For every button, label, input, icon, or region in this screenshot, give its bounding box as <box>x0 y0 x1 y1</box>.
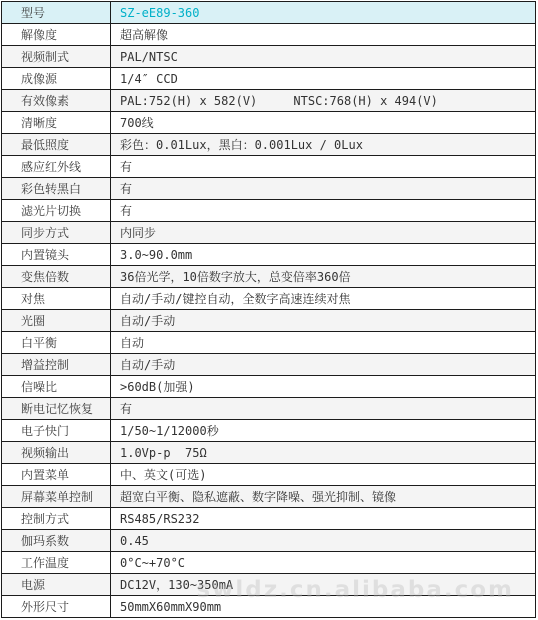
spec-label: 成像源 <box>2 68 111 89</box>
table-row: 白平衡自动 <box>2 332 535 354</box>
spec-value: 700线 <box>111 112 535 133</box>
spec-value: PAL/NTSC <box>111 46 535 67</box>
spec-label: 内置镜头 <box>2 244 111 265</box>
spec-value: 彩色：0.01Lux，黑白：0.001Lux / 0Lux <box>111 134 535 155</box>
table-row: 解像度超高解像 <box>2 24 535 46</box>
spec-label: 工作温度 <box>2 552 111 573</box>
spec-label: 有效像素 <box>2 90 111 111</box>
spec-value: 1/50~1/12000秒 <box>111 420 535 441</box>
table-row: 外形尺寸50mmX60mmX90mm <box>2 596 535 617</box>
spec-value: 有 <box>111 156 535 177</box>
spec-value: 3.0~90.0mm <box>111 244 535 265</box>
table-row: 视频制式PAL/NTSC <box>2 46 535 68</box>
table-row: 彩色转黑白有 <box>2 178 535 200</box>
table-row: 屏幕菜单控制超宽白平衡、隐私遮蔽、数字降噪、强光抑制、镜像 <box>2 486 535 508</box>
table-row: 变焦倍数36倍光学，10倍数字放大，总变倍率360倍 <box>2 266 535 288</box>
spec-value: 超高解像 <box>111 24 535 45</box>
spec-label: 同步方式 <box>2 222 111 243</box>
spec-value: 36倍光学，10倍数字放大，总变倍率360倍 <box>111 266 535 287</box>
table-row: 视频输出1.0Vp-p 75Ω <box>2 442 535 464</box>
table-row: 对焦自动/手动/键控自动，全数字高速连续对焦 <box>2 288 535 310</box>
spec-value: 1.0Vp-p 75Ω <box>111 442 535 463</box>
spec-label: 控制方式 <box>2 508 111 529</box>
spec-value: PAL:752(H) x 582(V) NTSC:768(H) x 494(V) <box>111 90 535 111</box>
spec-label: 电源 <box>2 574 111 595</box>
spec-value: 有 <box>111 398 535 419</box>
table-row: 成像源1/4″ CCD <box>2 68 535 90</box>
table-row: 最低照度彩色：0.01Lux，黑白：0.001Lux / 0Lux <box>2 134 535 156</box>
spec-label: 型号 <box>2 2 111 23</box>
spec-label: 视频输出 <box>2 442 111 463</box>
spec-value: 自动/手动 <box>111 354 535 375</box>
spec-label: 变焦倍数 <box>2 266 111 287</box>
spec-label: 感应红外线 <box>2 156 111 177</box>
spec-label: 外形尺寸 <box>2 596 111 617</box>
spec-label: 信噪比 <box>2 376 111 397</box>
spec-label: 滤光片切换 <box>2 200 111 221</box>
spec-value: RS485/RS232 <box>111 508 535 529</box>
page: 型号SZ-eE89-360解像度超高解像视频制式PAL/NTSC成像源1/4″ … <box>0 0 538 620</box>
spec-value: 0°C~+70°C <box>111 552 535 573</box>
spec-value: 自动/手动 <box>111 310 535 331</box>
table-row: 有效像素PAL:752(H) x 582(V) NTSC:768(H) x 49… <box>2 90 535 112</box>
table-row: 增益控制自动/手动 <box>2 354 535 376</box>
table-row: 工作温度0°C~+70°C <box>2 552 535 574</box>
spec-label: 增益控制 <box>2 354 111 375</box>
table-row: 型号SZ-eE89-360 <box>2 2 535 24</box>
table-row: 内置镜头3.0~90.0mm <box>2 244 535 266</box>
spec-value: >60dB(加强) <box>111 376 535 397</box>
spec-value: SZ-eE89-360 <box>111 2 535 23</box>
spec-value: 内同步 <box>111 222 535 243</box>
table-row: 电源DC12V，130~350mA <box>2 574 535 596</box>
spec-label: 光圈 <box>2 310 111 331</box>
spec-value: 自动/手动/键控自动，全数字高速连续对焦 <box>111 288 535 309</box>
table-row: 电子快门1/50~1/12000秒 <box>2 420 535 442</box>
table-row: 内置菜单中、英文(可选) <box>2 464 535 486</box>
spec-value: 有 <box>111 178 535 199</box>
table-row: 滤光片切换有 <box>2 200 535 222</box>
table-row: 信噪比>60dB(加强) <box>2 376 535 398</box>
spec-value: 1/4″ CCD <box>111 68 535 89</box>
table-row: 控制方式RS485/RS232 <box>2 508 535 530</box>
spec-label: 屏幕菜单控制 <box>2 486 111 507</box>
spec-table: 型号SZ-eE89-360解像度超高解像视频制式PAL/NTSC成像源1/4″ … <box>1 1 536 618</box>
spec-label: 白平衡 <box>2 332 111 353</box>
spec-label: 对焦 <box>2 288 111 309</box>
spec-label: 解像度 <box>2 24 111 45</box>
spec-label: 断电记忆恢复 <box>2 398 111 419</box>
spec-label: 清晰度 <box>2 112 111 133</box>
spec-label: 最低照度 <box>2 134 111 155</box>
spec-value: 0.45 <box>111 530 535 551</box>
table-row: 断电记忆恢复有 <box>2 398 535 420</box>
spec-label: 电子快门 <box>2 420 111 441</box>
spec-label: 伽玛系数 <box>2 530 111 551</box>
table-row: 同步方式内同步 <box>2 222 535 244</box>
spec-value: 自动 <box>111 332 535 353</box>
spec-value: 50mmX60mmX90mm <box>111 596 535 617</box>
spec-value: 超宽白平衡、隐私遮蔽、数字降噪、强光抑制、镜像 <box>111 486 535 507</box>
spec-value: 有 <box>111 200 535 221</box>
spec-value: DC12V，130~350mA <box>111 574 535 595</box>
table-row: 清晰度700线 <box>2 112 535 134</box>
spec-label: 视频制式 <box>2 46 111 67</box>
spec-value: 中、英文(可选) <box>111 464 535 485</box>
table-row: 感应红外线有 <box>2 156 535 178</box>
spec-label: 内置菜单 <box>2 464 111 485</box>
table-row: 伽玛系数0.45 <box>2 530 535 552</box>
spec-label: 彩色转黑白 <box>2 178 111 199</box>
table-row: 光圈自动/手动 <box>2 310 535 332</box>
